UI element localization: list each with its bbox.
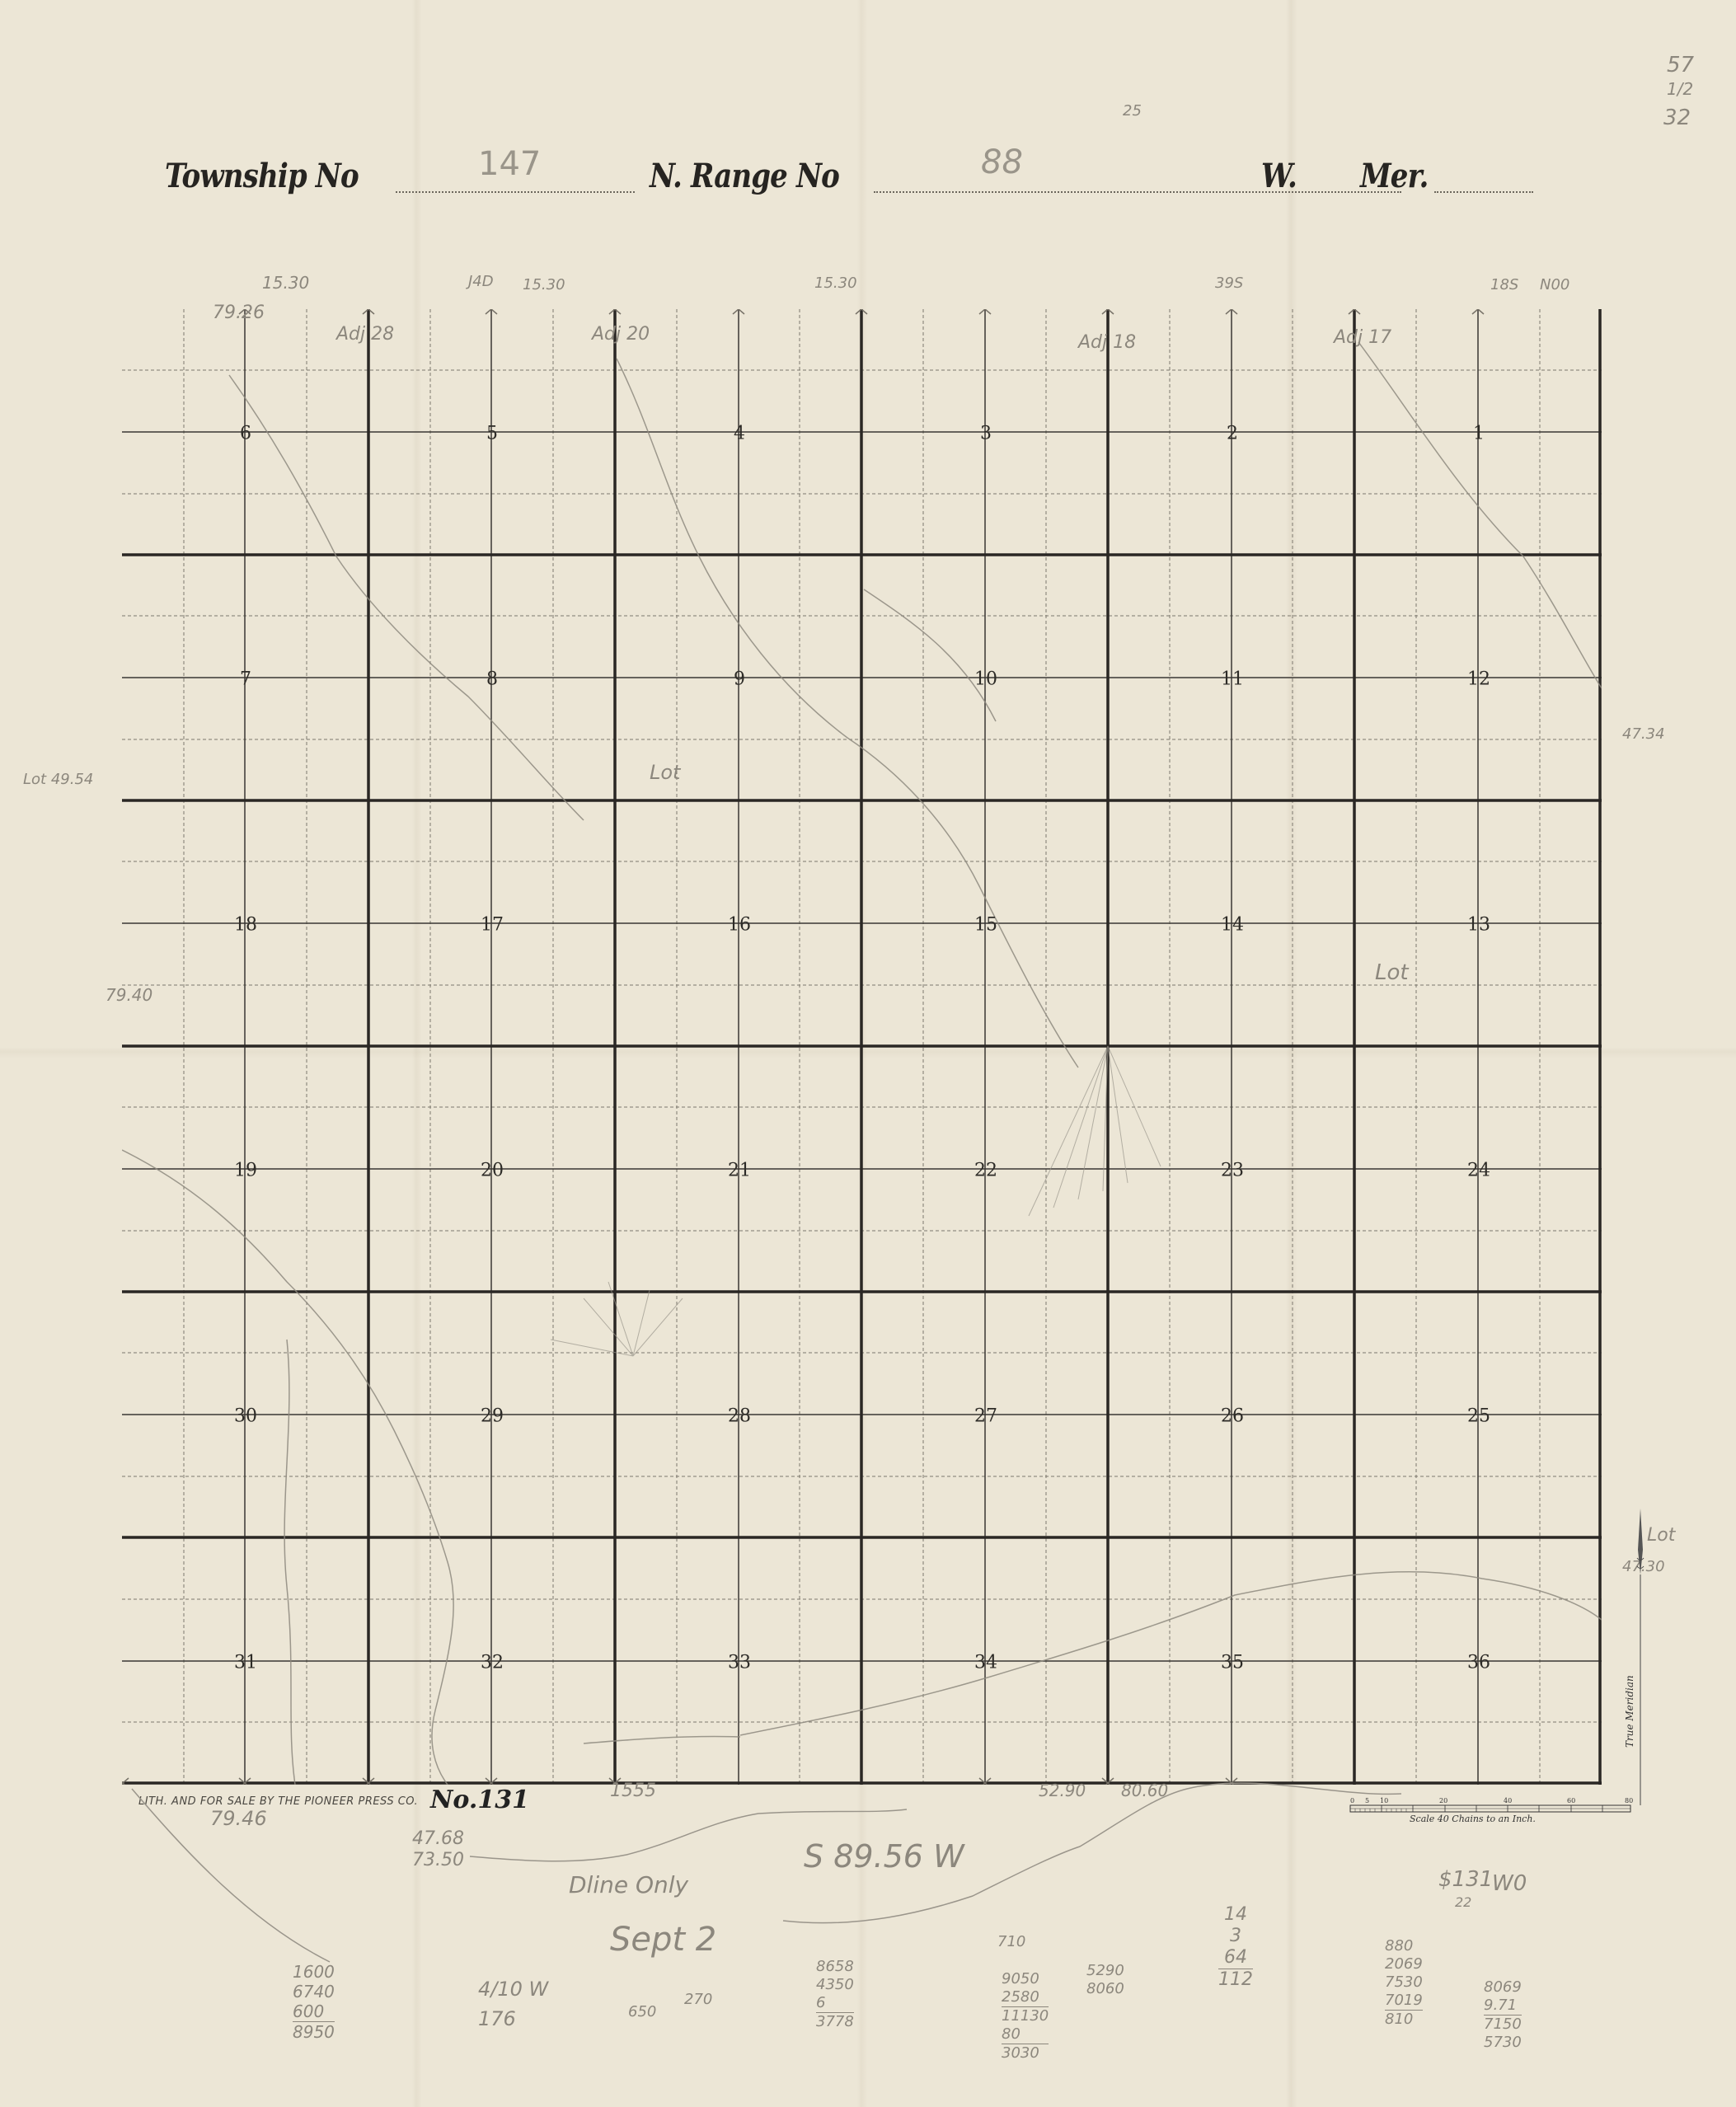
pencil-note: $131 (1438, 1867, 1493, 1892)
sum-line: 64 (1218, 1947, 1253, 1969)
section-10: 10 (974, 669, 997, 690)
section-9: 9 (734, 669, 745, 690)
lot-label: Lot (1375, 960, 1409, 985)
north-arrow-icon (1632, 1509, 1649, 1805)
section-11: 11 (1221, 669, 1244, 690)
range-label: N. Range No (650, 157, 839, 195)
pencil-note: 47.34 (1622, 725, 1665, 743)
range-value: 88 (981, 143, 1023, 181)
pencil-note: 79.46 (210, 1807, 267, 1830)
pencil-sum: 1600 6740 600 8950 (293, 1962, 335, 2042)
scale-bar-graphic: 0 5 10 20 40 60 80 (1349, 1797, 1633, 1815)
pencil-note: 270 (684, 1991, 712, 2008)
sum-line: 2069 (1385, 1955, 1423, 1973)
section-31: 31 (234, 1653, 257, 1673)
lot-label: Lot (650, 761, 680, 784)
scale-caption: Scale 40 Chains to an Inch. (1410, 1814, 1536, 1824)
sum-line: 4/10 W (478, 1974, 548, 2004)
sum-line: 7530 (1385, 1973, 1423, 1992)
pencil-note: 80.60 (1121, 1781, 1168, 1800)
pencil-note: 650 (628, 2003, 656, 2020)
pencil-note: 1555 (610, 1781, 656, 1801)
sum-total: 3030 (1002, 2044, 1049, 2062)
plate-number: No.131 (430, 1786, 529, 1814)
pencil-note: 18S (1490, 276, 1518, 293)
pencil-note: Adj 28 (336, 324, 394, 345)
sum-line: 9.71 (1484, 1997, 1522, 2015)
pencil-note: 52.90 (1039, 1781, 1086, 1800)
section-12: 12 (1467, 669, 1490, 690)
section-8: 8 (486, 669, 498, 690)
sum-line: 2580 (1002, 1988, 1049, 2006)
pencil-note: W0 (1492, 1871, 1527, 1896)
pencil-note: 710 (997, 1933, 1025, 1950)
sum-line: 6740 (293, 1982, 335, 2001)
pencil-sum: 8658 4350 6 3778 (816, 1958, 854, 2031)
section-36: 36 (1467, 1653, 1490, 1673)
pencil-sum: 5290 8060 (1086, 1962, 1124, 1998)
section-19: 19 (234, 1161, 257, 1181)
corner-note-small: 25 (1123, 102, 1142, 120)
sum-line: 5290 (1086, 1962, 1124, 1980)
sum-total: 3778 (816, 2012, 854, 2031)
pencil-note: J4D (468, 273, 494, 290)
pencil-note: 22 (1455, 1894, 1471, 1910)
township-field-line (396, 191, 635, 193)
bearing-note: S 89.56 W (804, 1838, 964, 1875)
direction-label: W. (1261, 157, 1297, 195)
section-25: 25 (1467, 1406, 1490, 1427)
sum-line: 880 (1385, 1937, 1423, 1955)
section-26: 26 (1221, 1406, 1244, 1427)
corner-note-bottom: 32 (1663, 106, 1691, 130)
section-13: 13 (1467, 915, 1490, 936)
sum-line: 7019 (1385, 1992, 1423, 2010)
pencil-note: Dline Only (569, 1871, 688, 1898)
section-3: 3 (980, 424, 992, 444)
sum-line: 6 (816, 1994, 854, 2012)
meridian-label: Mer. (1360, 157, 1429, 195)
meridian-field-line (1434, 191, 1533, 193)
section-7: 7 (240, 669, 251, 690)
lot-label: Lot (1647, 1525, 1675, 1546)
sum-total: 810 (1385, 2010, 1423, 2029)
section-18: 18 (234, 915, 257, 936)
section-33: 33 (728, 1653, 751, 1673)
section-27: 27 (974, 1406, 997, 1427)
pencil-sum: 8069 9.71 7150 5730 (1484, 1978, 1522, 2052)
scale-tick-0: 0 (1350, 1797, 1354, 1804)
pencil-sum: 4/10 W 176 (478, 1974, 548, 2034)
sum-line: 14 (1218, 1904, 1253, 1926)
township-grid: 6 5 4 3 2 1 7 8 9 10 11 12 18 17 16 15 1… (122, 309, 1602, 1785)
svg-text:10: 10 (1380, 1797, 1388, 1804)
sum-total: 5730 (1484, 2034, 1522, 2052)
section-5: 5 (486, 424, 498, 444)
sum-line: 1600 (293, 1962, 335, 1982)
pencil-note: 15.30 (262, 273, 309, 293)
section-35: 35 (1221, 1653, 1244, 1673)
pencil-note: 39S (1215, 275, 1243, 292)
section-32: 32 (481, 1653, 504, 1673)
sum-line: 8658 (816, 1958, 854, 1976)
svg-text:40: 40 (1504, 1797, 1512, 1804)
plat-header: Township No 147 N. Range No 88 W. Mer. (148, 148, 1467, 206)
section-30: 30 (234, 1406, 257, 1427)
pencil-note: Lot 49.54 (23, 771, 93, 788)
sum-line: 8069 (1484, 1978, 1522, 1997)
sum-total: 176 (478, 2004, 548, 2034)
section-23: 23 (1221, 1161, 1244, 1181)
pencil-note: 47.68 (412, 1828, 464, 1849)
section-29: 29 (481, 1406, 504, 1427)
sum-line: 7150 (1484, 2015, 1522, 2034)
sum-line: 80 (1002, 2025, 1049, 2044)
true-meridian-label: True Meridian (1624, 1675, 1635, 1748)
section-4: 4 (734, 424, 745, 444)
pencil-note: 73.50 (412, 1850, 464, 1870)
pencil-sum: 880 2069 7530 7019 810 (1385, 1937, 1423, 2029)
pencil-note: Adj 20 (592, 324, 650, 345)
sum-total: 8950 (293, 2021, 335, 2042)
township-label: Township No (165, 157, 359, 195)
section-15: 15 (974, 915, 997, 936)
sum-line: 600 (293, 2001, 335, 2021)
section-1: 1 (1473, 424, 1485, 444)
pencil-note: Adj 17 (1334, 327, 1391, 348)
sum-line: 4350 (816, 1976, 854, 1994)
pencil-note: 79.26 (213, 303, 265, 323)
section-34: 34 (974, 1653, 997, 1673)
pencil-note: N00 (1540, 276, 1569, 293)
pencil-sum: 9050 2580 11130 80 3030 (1002, 1970, 1049, 2062)
section-20: 20 (481, 1161, 504, 1181)
sum-line: 9050 (1002, 1970, 1049, 1988)
pencil-note: 15.30 (523, 276, 565, 293)
pencil-note: 79.40 (106, 985, 152, 1005)
sum-line: 3 (1218, 1926, 1253, 1947)
range-field-line (874, 191, 1401, 193)
section-6: 6 (240, 424, 251, 444)
corner-note-middle: 1/2 (1667, 79, 1693, 99)
svg-text:5: 5 (1365, 1797, 1369, 1804)
section-grid-lines (122, 309, 1602, 1785)
section-2: 2 (1227, 424, 1238, 444)
printer-imprint: LITH. AND FOR SALE BY THE PIONEER PRESS … (138, 1795, 418, 1808)
section-28: 28 (728, 1406, 751, 1427)
township-value: 147 (478, 145, 541, 183)
corner-note-top: 57 (1667, 53, 1694, 77)
sum-total: 112 (1218, 1969, 1253, 1991)
section-21: 21 (728, 1161, 751, 1181)
svg-text:60: 60 (1567, 1797, 1575, 1804)
pencil-note: 15.30 (814, 275, 857, 292)
svg-text:20: 20 (1439, 1797, 1447, 1804)
date-note: Sept 2 (610, 1921, 716, 1959)
section-14: 14 (1221, 915, 1244, 936)
section-17: 17 (481, 915, 504, 936)
section-24: 24 (1467, 1161, 1490, 1181)
pencil-sum: 14 3 64 112 (1218, 1904, 1253, 1991)
section-22: 22 (974, 1161, 997, 1181)
sum-line: 8060 (1086, 1980, 1124, 1998)
section-16: 16 (728, 915, 751, 936)
sum-line: 11130 (1002, 2006, 1049, 2025)
pencil-note: Adj 18 (1078, 332, 1136, 353)
